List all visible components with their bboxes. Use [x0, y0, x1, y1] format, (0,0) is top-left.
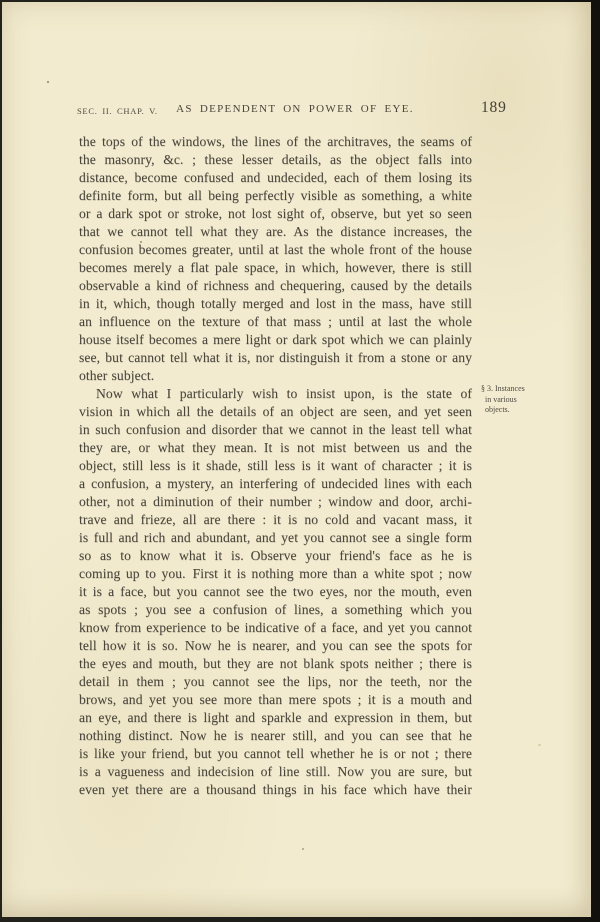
- text-line: in such confusion and disorder that we c…: [79, 421, 472, 439]
- text-line: a confusion, a mystery, an interfering o…: [79, 475, 472, 493]
- text-line: is a vagueness and indecision of line st…: [79, 763, 472, 781]
- text-line: confusion becomes greater, until at last…: [79, 241, 472, 259]
- paper: SEC. II. CHAP. V. AS DEPENDENT ON POWER …: [2, 2, 591, 917]
- paper-speck: [538, 744, 541, 746]
- text-line: in it, which, though totally merged and …: [79, 295, 472, 313]
- text-line: as spots ; you see a confusion of lines,…: [79, 601, 472, 619]
- text-line: or a dark spot or stroke, not lost sight…: [79, 205, 472, 223]
- running-title: AS DEPENDENT ON POWER OF EYE.: [168, 103, 422, 115]
- text-line: even yet there are a thousand things in …: [79, 781, 472, 799]
- paper-speck: [47, 81, 49, 83]
- margin-note-line: objects.: [481, 405, 549, 416]
- text-line: the eyes and mouth, but they are not bla…: [79, 655, 472, 673]
- text-line: Now what I particularly wish to insist u…: [79, 385, 472, 403]
- text-line: definite form, but all being perfectly v…: [79, 187, 472, 205]
- text-line: observable a kind of richness and cheque…: [79, 277, 472, 295]
- text-line: detail in them ; you cannot see the lips…: [79, 673, 472, 691]
- margin-note-line: § 3. Instances: [481, 384, 549, 395]
- text-line: is full and rich and abundant, and yet y…: [79, 529, 472, 547]
- text-line: vision in which all the details of an ob…: [79, 403, 472, 421]
- page-header: SEC. II. CHAP. V. AS DEPENDENT ON POWER …: [2, 102, 591, 120]
- text-line: the tops of the windows, the lines of th…: [79, 133, 472, 151]
- text-line: other subject.: [79, 367, 472, 385]
- text-line: brows, and yet you see more than mere sp…: [79, 691, 472, 709]
- text-line: nothing distinct. Now he is nearer still…: [79, 727, 472, 745]
- text-line: so as to know what it is. Observe your f…: [79, 547, 472, 565]
- text-line: coming up to you. First it is nothing mo…: [79, 565, 472, 583]
- text-line: tell how it is so. Now he is nearer, and…: [79, 637, 472, 655]
- body-text: the tops of the windows, the lines of th…: [79, 133, 472, 799]
- text-line: an eye, and there is light and sparkle a…: [79, 709, 472, 727]
- paper-speck: [302, 848, 304, 850]
- text-line: object, still less is it shade, still le…: [79, 457, 472, 475]
- text-line: an influence on the texture of that mass…: [79, 313, 472, 331]
- text-line: house itself becomes a mere light or dar…: [79, 331, 472, 349]
- text-line: the masonry, &c. ; these lesser details,…: [79, 151, 472, 169]
- text-line: that we cannot tell what they are. As th…: [79, 223, 472, 241]
- text-line: becomes merely a flat pale space, in whi…: [79, 259, 472, 277]
- section-chapter-label: SEC. II. CHAP. V.: [77, 106, 158, 116]
- margin-note: § 3. Instancesin variousobjects.: [481, 384, 549, 416]
- margin-note-line: in various: [481, 395, 549, 406]
- text-line: they are, or what they mean. It is not m…: [79, 439, 472, 457]
- text-line: trave and frieze, all are there : it is …: [79, 511, 472, 529]
- text-line: it is a face, but you cannot see the two…: [79, 583, 472, 601]
- text-line: distance, become confused and undecided,…: [79, 169, 472, 187]
- text-line: other, not a diminution of their number …: [79, 493, 472, 511]
- page-number: 189: [481, 99, 507, 117]
- scanned-book-page: SEC. II. CHAP. V. AS DEPENDENT ON POWER …: [0, 0, 600, 922]
- text-line: is like your friend, but you cannot tell…: [79, 745, 472, 763]
- text-line: know from experience to be indicative of…: [79, 619, 472, 637]
- text-line: see, but cannot tell what it is, nor dis…: [79, 349, 472, 367]
